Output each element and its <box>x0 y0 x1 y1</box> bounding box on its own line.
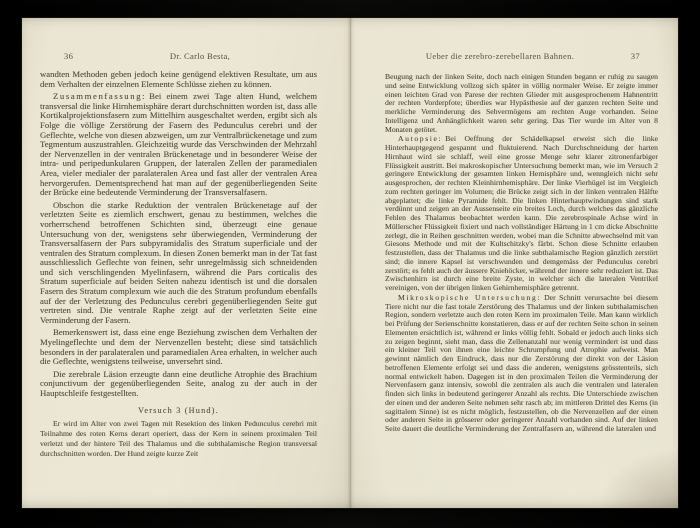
scanned-book-spread: 36 Dr. Carlo Besta, wandten Methoden geb… <box>0 0 700 528</box>
paragraph-text: Die zerebrale Läsion erzeugte dann eine … <box>40 369 317 398</box>
paragraph: Die zerebrale Läsion erzeugte dann eine … <box>40 370 317 399</box>
paragraph: Beugung nach der linken Seite, doch nach… <box>385 73 658 134</box>
section-heading-versuch-3: Versuch 3 (Hund). <box>40 406 317 416</box>
right-page: Ueber die zerebro-zerebellaren Bahnen. 3… <box>350 18 678 508</box>
paragraph: Mikroskopische Untersuchung:Der Schnitt … <box>385 294 658 434</box>
left-running-header: Dr. Carlo Besta, <box>36 51 364 61</box>
paragraph-lead: Mikroskopische Untersuchung: <box>398 293 541 302</box>
paragraph: Obschon die starke Reduktion der ventral… <box>40 201 317 326</box>
paragraph-lead: Zusammenfassung: <box>53 91 146 101</box>
paragraph: Bemerkenswert ist, dass eine enge Bezieh… <box>40 328 317 366</box>
page-gutter-crease <box>347 18 354 508</box>
paragraph-text: Bemerkenswert ist, dass eine enge Bezieh… <box>40 327 317 366</box>
paragraph-text: Beugung nach der linken Seite, doch nach… <box>385 72 658 134</box>
paragraph-text: Bei Oeffnung der Schädelkapsel erweist s… <box>385 134 658 292</box>
book-spread: 36 Dr. Carlo Besta, wandten Methoden geb… <box>22 18 678 508</box>
left-page: 36 Dr. Carlo Besta, wandten Methoden geb… <box>22 18 350 508</box>
paragraph-lead: Autopsie: <box>398 134 442 143</box>
right-page-number: 37 <box>631 51 640 61</box>
right-running-header: Ueber die zerebro-zerebellaren Bahnen. <box>336 51 664 61</box>
right-page-body: Beugung nach der linken Seite, doch nach… <box>385 73 658 434</box>
paragraph: wandten Methoden geben jedoch keine genü… <box>40 70 317 89</box>
paragraph-text: Bei einem zwei Tage alten Hund, welchem … <box>40 91 317 197</box>
paragraph-text: Obschon die starke Reduktion der ventral… <box>40 200 317 325</box>
paragraph: Er wird im Alter von zwei Tagen mit Rese… <box>40 419 317 459</box>
paragraph-text: Er wird im Alter von zwei Tagen mit Rese… <box>40 419 317 458</box>
paragraph: Autopsie:Bei Oeffnung der Schädelkapsel … <box>385 135 658 293</box>
left-page-body: wandten Methoden geben jedoch keine genü… <box>40 70 317 459</box>
paragraph-text: Der Schnitt verursachte bei diesem Tiere… <box>385 293 658 433</box>
paragraph-text: wandten Methoden geben jedoch keine genü… <box>40 69 317 89</box>
paragraph: Zusammenfassung:Bei einem zwei Tage alte… <box>40 92 317 198</box>
